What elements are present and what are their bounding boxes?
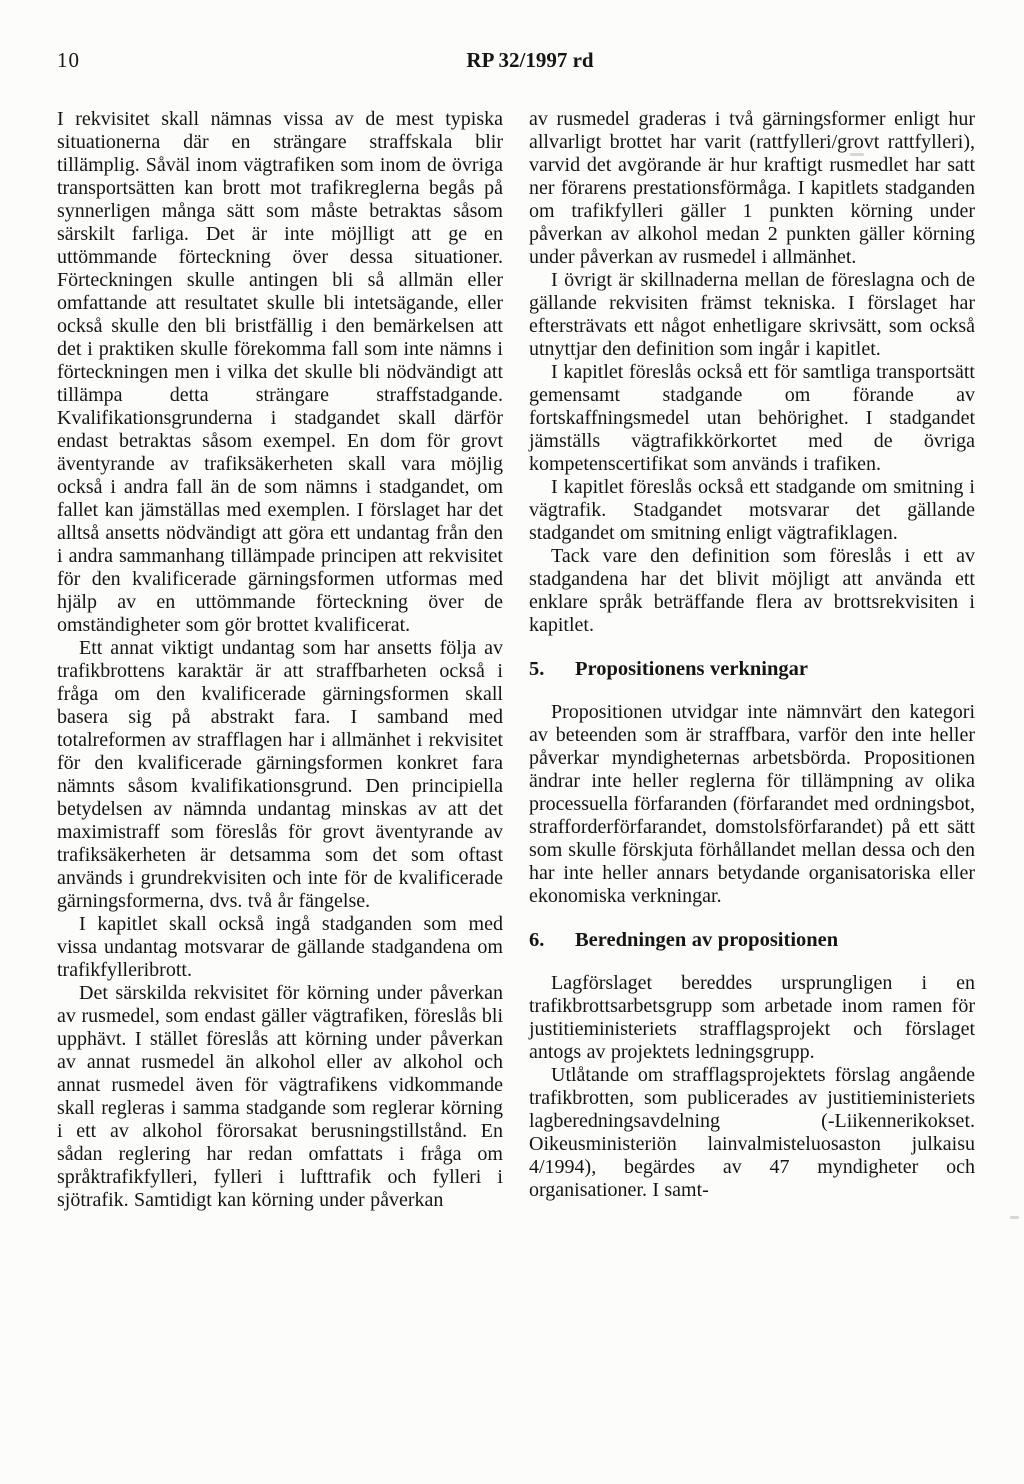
paragraph: Tack vare den definition som föreslås i … bbox=[529, 545, 975, 637]
paragraph: I övrigt är skillnaderna mellan de föres… bbox=[529, 269, 975, 361]
paragraph: av rusmedel graderas i två gärningsforme… bbox=[529, 108, 975, 269]
paragraph: Lagförslaget bereddes ursprungligen i en… bbox=[529, 972, 975, 1064]
section-heading-6: 6.Beredningen av propositionen bbox=[529, 929, 975, 952]
paragraph: Det särskilda rekvisitet för körning und… bbox=[57, 982, 503, 1212]
paragraph: Utlåtande om strafflagsprojektets försla… bbox=[529, 1064, 975, 1202]
paragraph: I kapitlet föreslås också ett stadgande … bbox=[529, 476, 975, 545]
scan-artifact bbox=[1010, 1216, 1019, 1219]
document-reference: RP 32/1997 rd bbox=[18, 48, 1024, 73]
paragraph: I kapitlet föreslås också ett för samtli… bbox=[529, 361, 975, 476]
section-number: 6. bbox=[529, 929, 575, 952]
section-heading-5: 5.Propositionens verkningar bbox=[529, 658, 975, 681]
right-column: av rusmedel graderas i två gärningsforme… bbox=[529, 108, 975, 1212]
page-header: 10 RP 32/1997 rd bbox=[0, 48, 1024, 78]
document-page: 10 RP 32/1997 rd I rekvisitet skall nämn… bbox=[0, 0, 1024, 1484]
section-title: Beredningen av propositionen bbox=[575, 929, 838, 951]
left-column: I rekvisitet skall nämnas vissa av de me… bbox=[57, 108, 503, 1212]
section-number: 5. bbox=[529, 658, 575, 681]
paragraph: I rekvisitet skall nämnas vissa av de me… bbox=[57, 108, 503, 637]
paragraph: Ett annat viktigt undantag som har anset… bbox=[57, 637, 503, 913]
paragraph: I kapitlet skall också ingå stadganden s… bbox=[57, 913, 503, 982]
paragraph: Propositionen utvidgar inte nämnvärt den… bbox=[529, 701, 975, 908]
section-title: Propositionens verkningar bbox=[575, 658, 808, 680]
two-column-body: I rekvisitet skall nämnas vissa av de me… bbox=[57, 108, 975, 1212]
